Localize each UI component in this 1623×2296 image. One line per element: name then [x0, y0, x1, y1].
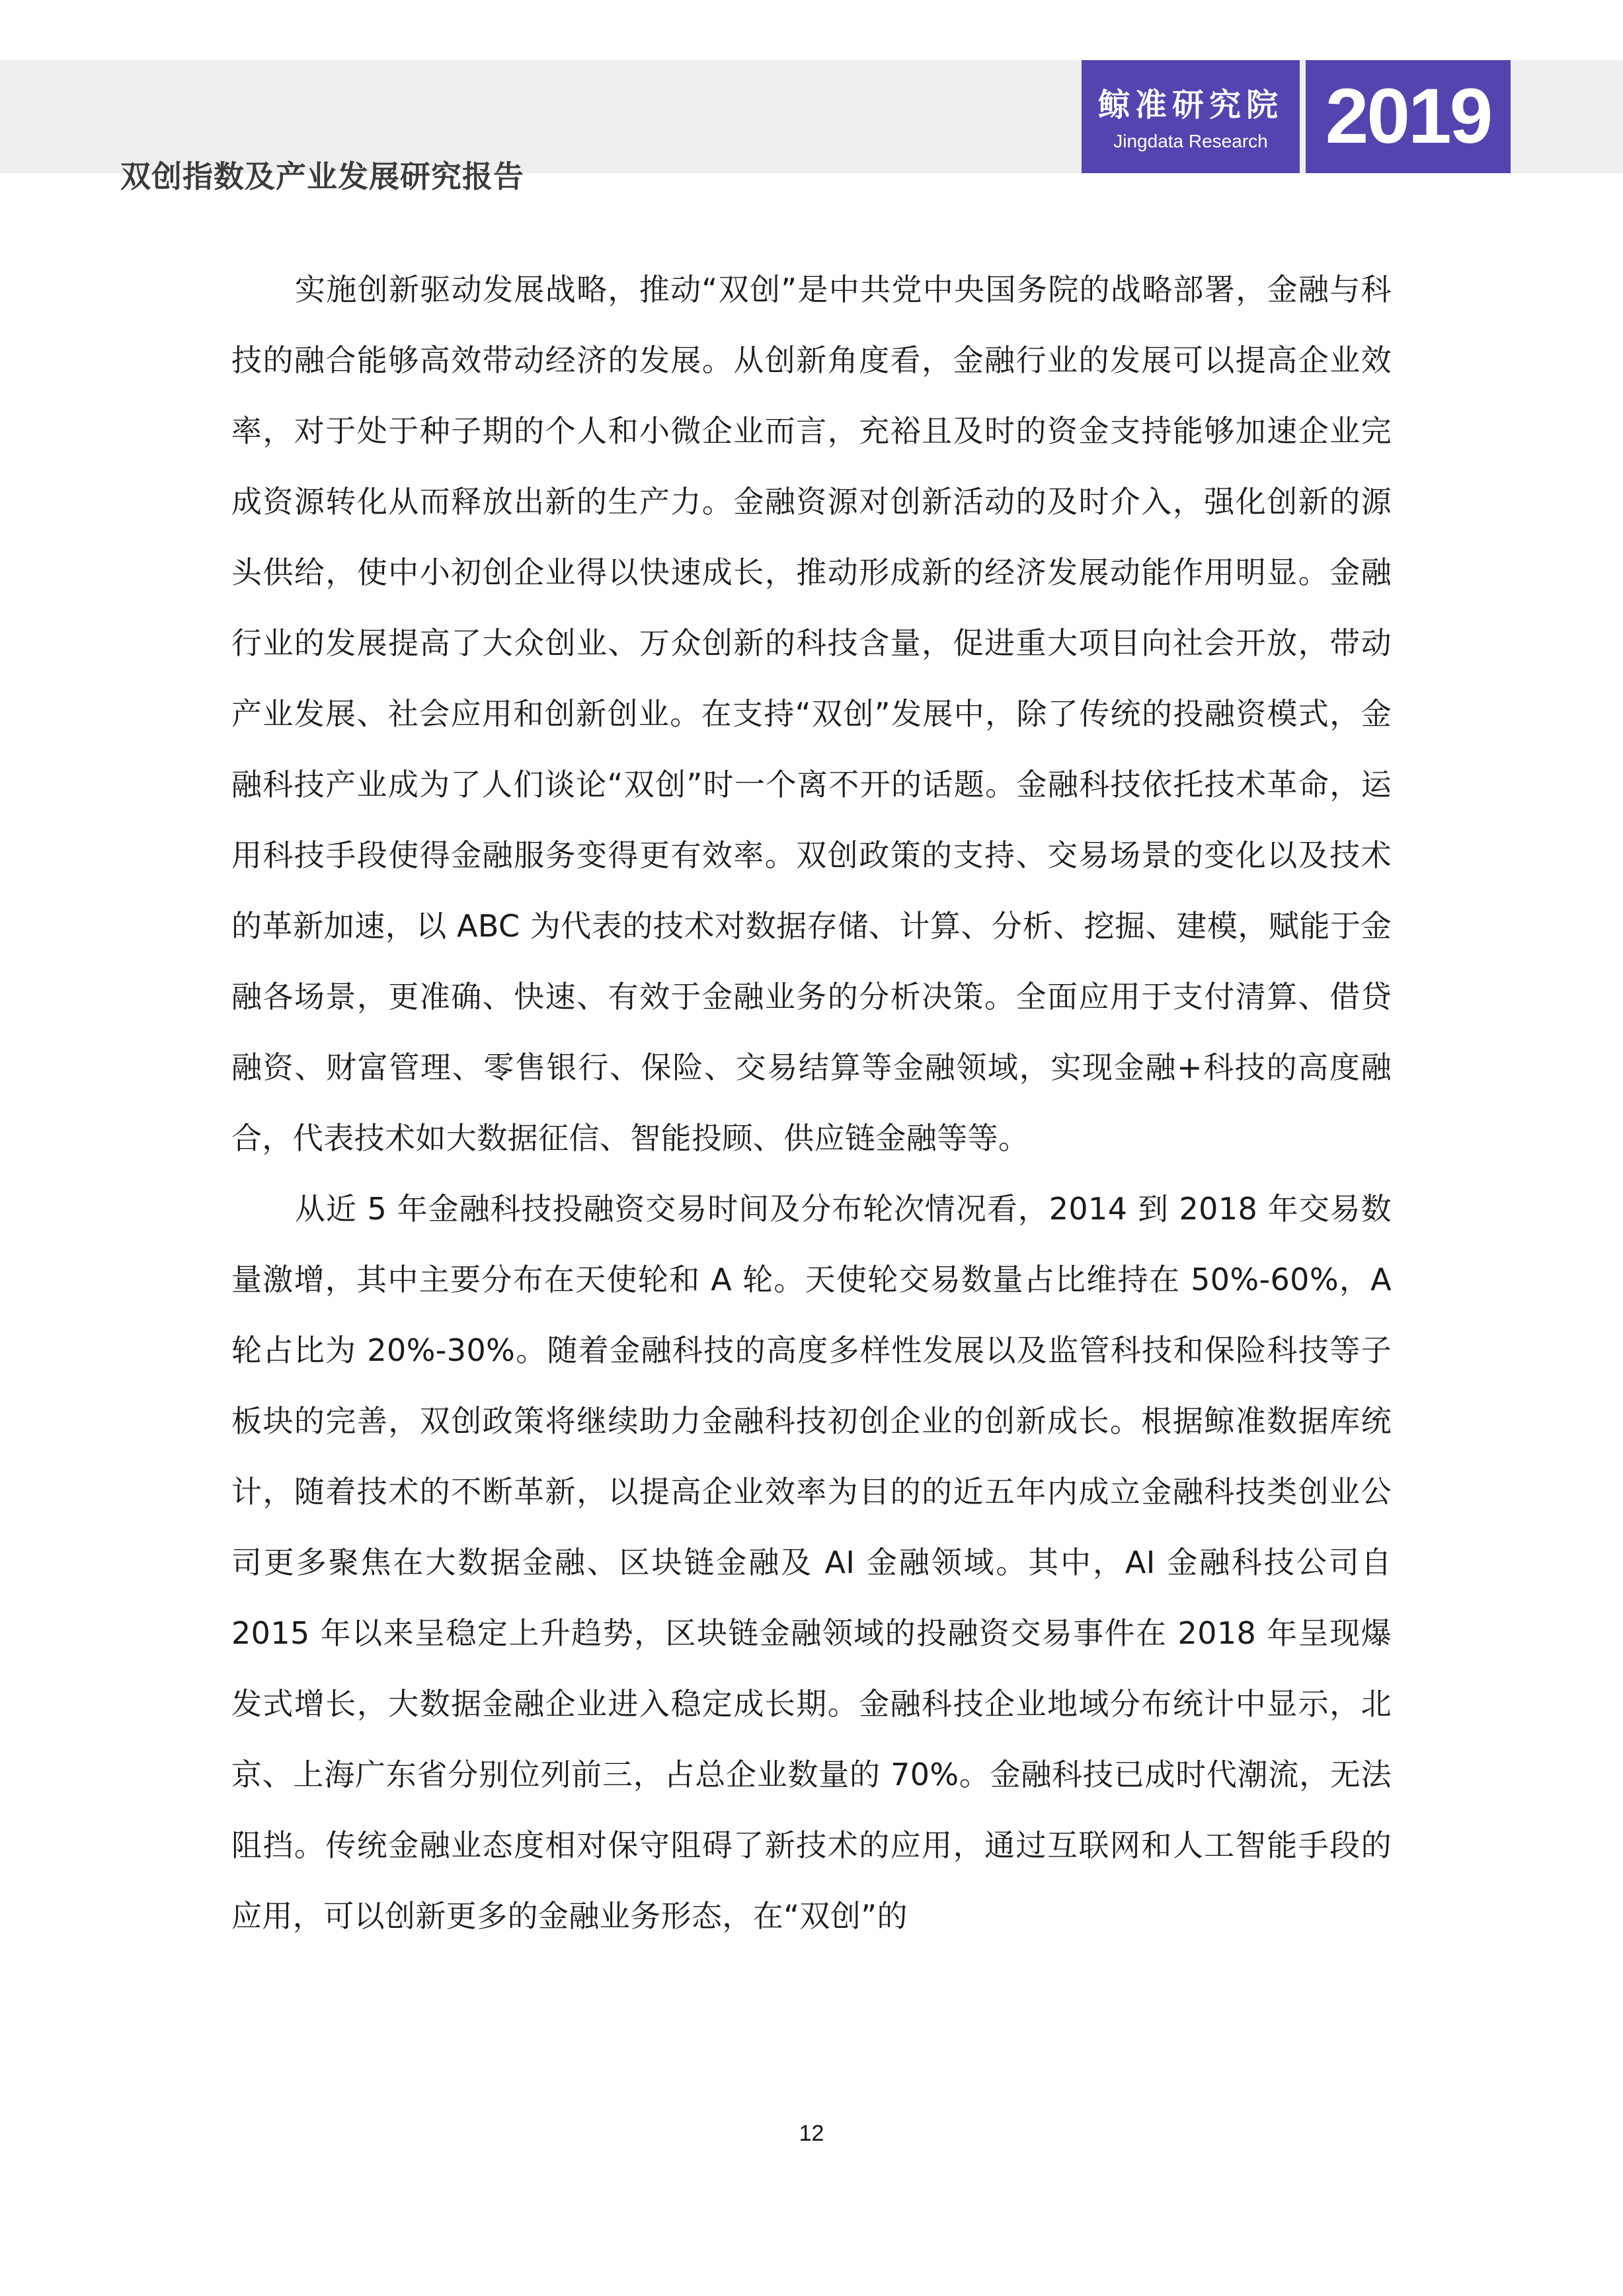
- brand-name-en: Jingdata Research: [1082, 130, 1300, 153]
- report-title: 双创指数及产业发展研究报告: [120, 153, 524, 200]
- year-badge: 2019: [1306, 60, 1511, 173]
- paragraph-2: 从近 5 年金融科技投融资交易时间及分布轮次情况看，2014 到 2018 年交…: [231, 1174, 1392, 1952]
- year-text: 2019: [1306, 73, 1511, 159]
- body-text: 实施创新驱动发展战略，推动“双创”是中共党中央国务院的战略部署，金融与科技的融合…: [231, 254, 1392, 1952]
- brand-name-cn: 鲸准研究院: [1082, 85, 1300, 125]
- paragraph-1: 实施创新驱动发展战略，推动“双创”是中共党中央国务院的战略部署，金融与科技的融合…: [231, 254, 1392, 1174]
- brand-logo-block: 鲸准研究院 Jingdata Research: [1082, 60, 1300, 173]
- page-number: 12: [0, 2120, 1623, 2147]
